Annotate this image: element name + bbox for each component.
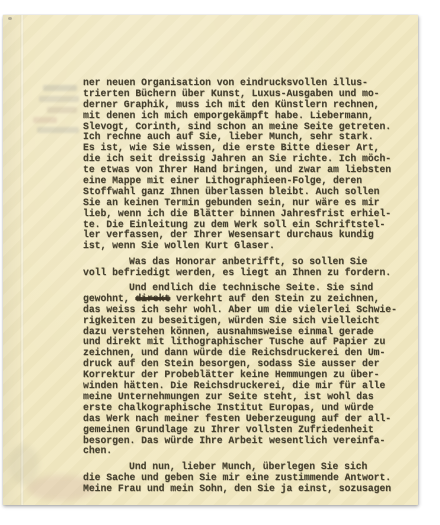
stamp-smudge: [9, 445, 39, 485]
bleed-through-mark: [33, 117, 57, 123]
bleed-through-mark: [47, 107, 77, 113]
paragraph: Was das Honorar anbetrifft, so sollen Si…: [83, 257, 408, 279]
letter-line: voll befriedigt werden, es liegt an Ihne…: [83, 268, 408, 279]
letter-line: besorgen. Das würde Ihre Arbeit wesentli…: [83, 436, 408, 447]
letter-line: lieb, wenn ich die Blätter binnen Jahres…: [83, 209, 408, 220]
letter-line: die Sache und geben Sie mir eine zustimm…: [83, 473, 408, 484]
bleed-through-mark: [39, 96, 79, 102]
bleed-through-mark: [43, 85, 77, 91]
letter-line: chen.: [83, 446, 408, 457]
letter-line: Meine Frau und mein Sohn, den Sie ja ein…: [83, 484, 408, 495]
letter-line: rigkeiten zu beseitigen, würden Sie sich…: [83, 316, 408, 327]
paragraph: Und nun, lieber Munch, überlegen Sie sic…: [83, 462, 408, 495]
letter-body: ner neuen Organisation von eindrucksvoll…: [83, 78, 408, 494]
letter-line: mit denen ich mich emporgekämpft habe. L…: [83, 111, 408, 122]
paragraph: ner neuen Organisation von eindrucksvoll…: [83, 78, 408, 252]
paragraph: Und endlich die technische Seite. Sie si…: [83, 283, 408, 457]
scan-background: ner neuen Organisation von eindrucksvoll…: [0, 0, 440, 525]
line-segment: gewohnt,: [83, 293, 135, 304]
dust-speck: [8, 17, 12, 20]
line-segment: verkehrt auf den Stein zu zeichnen,: [170, 293, 379, 304]
letter-line: gemeinen Grundlage zu Ihrer vollsten Zuf…: [83, 425, 408, 436]
letter-line: das Werk nach meiner festen Ueberzeugung…: [83, 414, 408, 425]
fold-crease: [20, 15, 24, 505]
bleed-through-mark: [37, 127, 79, 133]
letter-line: ist, wenn Sie wollen Kurt Glaser.: [83, 241, 408, 252]
letter-line: Was das Honorar anbetrifft, so sollen Si…: [83, 257, 408, 268]
struck-word: direkt: [135, 293, 170, 304]
letter-page: ner neuen Organisation von eindrucksvoll…: [3, 15, 418, 505]
